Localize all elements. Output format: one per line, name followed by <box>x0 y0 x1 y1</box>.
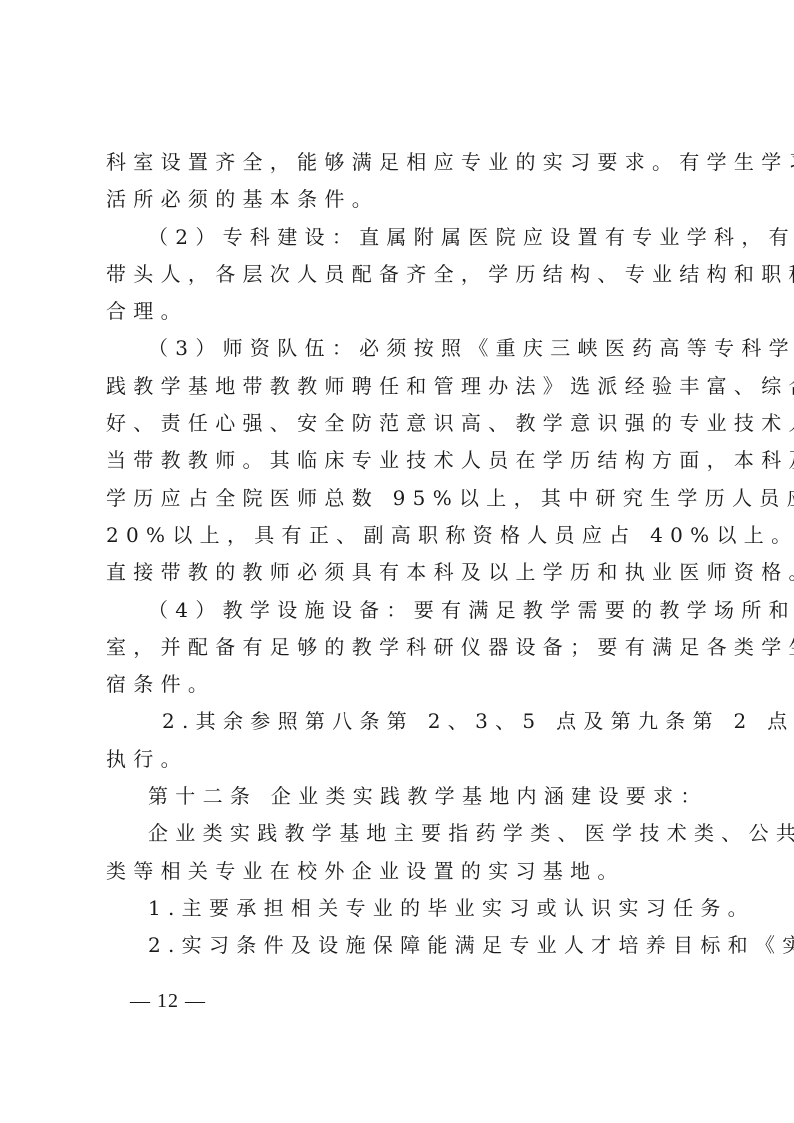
text-line: 当带教教师。其临床专业技术人员在学历结构方面，本科及以上 <box>106 442 696 479</box>
text-line: 室，并配备有足够的教学科研仪器设备；要有满足各类学生的住 <box>106 629 696 666</box>
text-line: 学历应占全院医师总数 95%以上，其中研究生学历人员应达到 <box>106 480 696 517</box>
text-line: （4）教学设施设备：要有满足教学需要的教学场所和阅览 <box>106 592 696 629</box>
text-line: 科室设置齐全，能够满足相应专业的实习要求。有学生学习和生 <box>106 144 696 181</box>
text-line: 践教学基地带教教师聘任和管理办法》选派经验丰富、综合素质 <box>106 368 696 405</box>
text-line: 企业类实践教学基地主要指药学类、医学技术类、公共卫生 <box>106 815 696 852</box>
text-line: 执行。 <box>106 741 696 778</box>
text-line: 20%以上，具有正、副高职称资格人员应占 40%以上。并且所有 <box>106 517 696 554</box>
text-line: 活所必须的基本条件。 <box>106 181 696 218</box>
text-line: 2.其余参照第八条第 2、3、5 点及第九条第 2 点的相关规定 <box>106 703 696 740</box>
text-line: （2）专科建设：直属附属医院应设置有专业学科，有学科 <box>106 219 696 256</box>
text-line: 1.主要承担相关专业的毕业实习或认识实习任务。 <box>106 890 696 927</box>
body-text: 科室设置齐全，能够满足相应专业的实习要求。有学生学习和生 活所必须的基本条件。 … <box>106 144 696 965</box>
text-line: 类等相关专业在校外企业设置的实习基地。 <box>106 853 696 890</box>
text-line: 带头人，各层次人员配备齐全，学历结构、专业结构和职称结构 <box>106 256 696 293</box>
text-line: 好、责任心强、安全防范意识高、教学意识强的专业技术人员担 <box>106 405 696 442</box>
text-line: 宿条件。 <box>106 666 696 703</box>
text-line: 直接带教的教师必须具有本科及以上学历和执业医师资格。 <box>106 554 696 591</box>
document-page: 科室设置齐全，能够满足相应专业的实习要求。有学生学习和生 活所必须的基本条件。 … <box>0 0 794 1123</box>
text-line: （3）师资队伍：必须按照《重庆三峡医药高等专科学校实 <box>106 330 696 367</box>
text-line: 合理。 <box>106 293 696 330</box>
text-line: 2.实习条件及设施保障能满足专业人才培养目标和《实习教 <box>106 927 696 964</box>
article-heading: 第十二条 企业类实践教学基地内涵建设要求： <box>106 778 696 815</box>
page-number: — 12 — <box>130 990 206 1013</box>
